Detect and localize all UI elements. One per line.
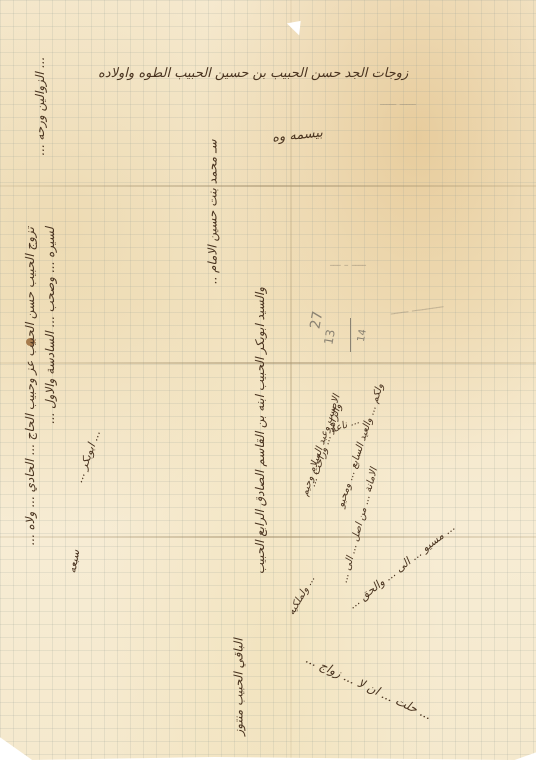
- fold-crease-horizontal-3: [0, 536, 536, 538]
- pencil-number-top: 27: [307, 310, 326, 330]
- left-margin-line-3: ... الزوالين ورحه ...: [33, 57, 47, 257]
- left-margin-line-1: تزوج الحبيب حسن الحبيب عز وحبيب الحاج ..…: [23, 227, 37, 587]
- grid-paper-lines: [0, 0, 536, 760]
- pencil-number-denominator: 14: [356, 328, 369, 342]
- vertical-line-2: والسيد ابوبكر الحبيب ابنه بن القاسم الصا…: [253, 287, 267, 667]
- manuscript-page: ـــــ ـــــ ــــ ـ ـــ ـــــــــ ـــــ ز…: [0, 0, 536, 760]
- pencil-number-mid: 13: [321, 328, 337, 345]
- fold-crease-horizontal-2: [0, 362, 536, 364]
- heading-line: زوجات الجد حسن الحبيب بن حسين الحبيب الط…: [98, 66, 408, 81]
- vertical-line-3: الباقي الحبيب منتوز: [232, 638, 246, 735]
- pencil-fraction-bar: [350, 318, 351, 352]
- left-margin-line-2: لسيره ... وصحب ... السادسة والاول ...: [43, 227, 57, 587]
- fold-crease-horizontal-1: [0, 185, 536, 187]
- vertical-line-1: سـ محمد بنت حسين الامام ..: [206, 140, 220, 285]
- fold-crease-vertical: [290, 0, 292, 760]
- bleed-through-text: ــــ ـ ـــ: [330, 255, 366, 269]
- paper-tear: [287, 21, 303, 37]
- bleed-through-text: ـــــ ـــــ: [380, 95, 416, 108]
